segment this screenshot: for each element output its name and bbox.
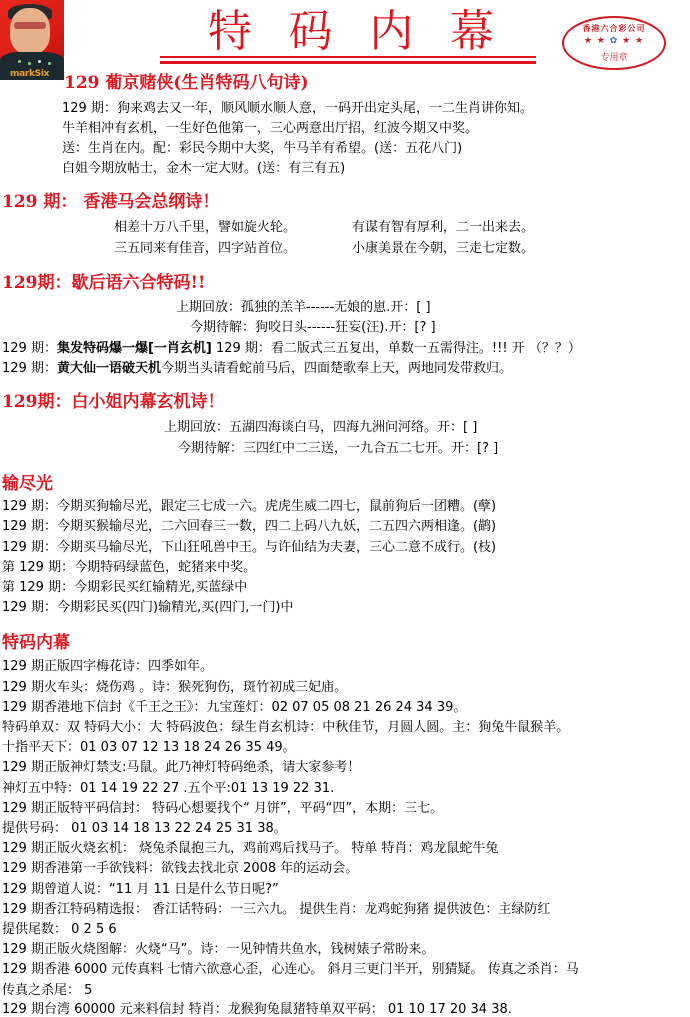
list-item: 第 129 期：今期特码绿蓝色，蛇猪来中奖。 <box>2 558 256 578</box>
last-result: 上期回放：孤独的羔羊------无娘的崽.开：[ ] <box>176 298 431 318</box>
poem-line: 白姐今期放帖士，金木一定大财。(送：有三有五) <box>62 159 345 179</box>
list-item: 传真之杀尾： 5 <box>2 981 92 1001</box>
list-item: 129 期正版四字梅花诗：四季如年。 <box>2 657 213 677</box>
section-title-baixiaojie: 129期：白小姐内幕玄机诗！ <box>2 387 225 412</box>
list-item: 129 期：今期买马输尽光，下山狂吼兽中王。与许仙结为夫妻，三心二意不成行。(枝… <box>2 538 496 558</box>
avatar-brand-text: markSix <box>10 69 49 79</box>
current-riddle: 今期待解：狗咬日头------狂妄(汪).开：[? ] <box>190 318 436 338</box>
list-item: 提供号码： 01 03 14 18 13 22 24 25 31 38。 <box>2 819 287 839</box>
list-item: 神灯五中特：01 14 19 22 27 .五个平:01 13 19 22 31… <box>2 779 334 799</box>
list-item: 提供尾数： 0 2 5 6 <box>2 920 117 940</box>
title-underline <box>160 56 536 58</box>
poem-line: 送：生肖在内。配：彩民今期中大奖，牛马羊有希望。(送：五花八门) <box>62 139 462 159</box>
list-item: 129 期台湾 60000 元来料信封 特肖：龙猴狗兔鼠猪特单双平码： 01 1… <box>2 1000 512 1017</box>
stamp-seal-text: 专用章 <box>564 50 664 63</box>
tip-line: 129 期：集发特码爆一爆[一肖玄机] 129 期：看二版式三五复出，单数一五需… <box>2 339 581 359</box>
list-item: 129 期正版特平码信封： 特码心想要找个“ 月饼”，平码“四”，本期：三七。 <box>2 799 443 819</box>
poem-line: 牛羊相冲有玄机，一生好色他第一，三心两意出厅招，红波今期又中奖。 <box>62 119 478 139</box>
list-item: 129 期：今期买猴输尽光，二六回春三一数，四二上码八九妖，二五四六两相逢。(鹋… <box>2 517 496 537</box>
list-item: 129 期香港 6000 元传真料 七情六欲意心歪，心连心。 斜月三更门半开，别… <box>2 960 579 980</box>
list-item: 129 期香港地下信封《千王之王》：九宝莲灯：02 07 05 08 21 26… <box>2 698 466 718</box>
avatar-glasses <box>14 22 46 29</box>
poem-verse: 三五同来有佳音，四字站首位。 <box>114 239 296 259</box>
section-title-poem: 129 葡京赌侠(生肖特码八句诗) <box>64 68 309 93</box>
list-item: 特码单双：双 特码大小：大 特码波色：绿生肖玄机诗：中秋佳节，月圆人圆。主：狗兔… <box>2 718 569 738</box>
title-underline-thick <box>160 61 536 64</box>
title-char: 特 <box>208 4 252 60</box>
list-item: 129 期：今期买狗输尽光，跟定三七成一六。虎虎生威二四七，鼠前狗后一团糟。(孽… <box>2 497 496 517</box>
list-item: 129 期正版火烧图解：火烧“马”。诗：一见钟情共鱼水，钱树婊子常盼来。 <box>2 940 434 960</box>
tip-highlight: 集发特码爆一爆[一肖玄机] <box>57 341 212 356</box>
list-item: 129 期正版火烧玄机： 烧兔杀鼠抱三九，鸡前鸡后找马子。 特单 特肖：鸡龙鼠蛇… <box>2 839 498 859</box>
avatar-face <box>10 8 50 54</box>
poem-verse: 相差十万八千里，譬如旋火轮。 <box>114 218 296 238</box>
last-result: 上期回放：五湖四海谈白马，四海九洲问河络。开：[ ] <box>164 418 477 438</box>
list-item: 129 期：今期彩民买(四门)输精光,买(四门,一门)中 <box>2 598 294 618</box>
stamp-arc-text: 香港六合彩公司 <box>564 23 664 34</box>
list-item: 第 129 期：今期彩民买红输精光,买蓝绿中 <box>2 578 247 598</box>
section-title-hkjc: 129 期： 香港马会总纲诗！ <box>2 187 219 212</box>
list-item: 129 期曾道人说：“11 月 11 日是什么节日呢?” <box>2 880 279 900</box>
poem-verse: 小康美景在今朝，三走七定数。 <box>352 239 534 259</box>
list-item: 129 期香江特码精选报： 香江话特码：一三六九。 提供生肖：龙鸡蛇狗猪 提供波… <box>2 900 550 920</box>
tip-line: 129 期：黄大仙一语破天机今期当头请看蛇前马后，四面楚歌奉上天，两地同发带救归… <box>2 359 512 379</box>
poem-verse: 有谋有智有厚利，二一出来去。 <box>352 218 534 238</box>
title-char: 幕 <box>450 4 494 60</box>
avatar-image: markSix <box>0 0 64 80</box>
section-title-shujinguang: 输尽光 <box>2 469 53 494</box>
list-item: 129 期火车头：烧伤鸡 。诗：猴死狗伤，斑竹初成三妃庙。 <box>2 678 347 698</box>
section-title-xiehouyu: 129期：歇后语六合特码!! <box>2 268 205 293</box>
title-char: 内 <box>369 4 413 60</box>
stamp-stars-icon: ★ ★ ✿ ★ ★ <box>564 36 664 46</box>
section-title-temaneimu: 特码内幕 <box>2 628 70 653</box>
tip-highlight: 黄大仙一语破天机 <box>57 361 161 376</box>
title-char: 码 <box>289 4 333 60</box>
list-item: 129 期香港第一手欲钱料：欲钱去找北京 2008 年的运动会。 <box>2 859 358 879</box>
list-item: 129 期正版神灯禁支:马鼠。此乃神灯特码绝杀，请大家参考！ <box>2 758 360 778</box>
list-item: 十指平天下：01 03 07 12 13 18 24 26 35 49。 <box>2 738 296 758</box>
page-title: 特 码 内 幕 <box>158 4 538 60</box>
current-riddle: 今期待解：三四红中二三送，一九合五二七开。开：[? ] <box>178 439 498 459</box>
official-seal-stamp: 香港六合彩公司 ★ ★ ✿ ★ ★ 专用章 <box>562 16 666 70</box>
poem-line: 129 期：狗来鸡去又一年，顺风顺水顺人意，一码开出定头尾，一二生肖讲你知。 <box>62 99 533 119</box>
